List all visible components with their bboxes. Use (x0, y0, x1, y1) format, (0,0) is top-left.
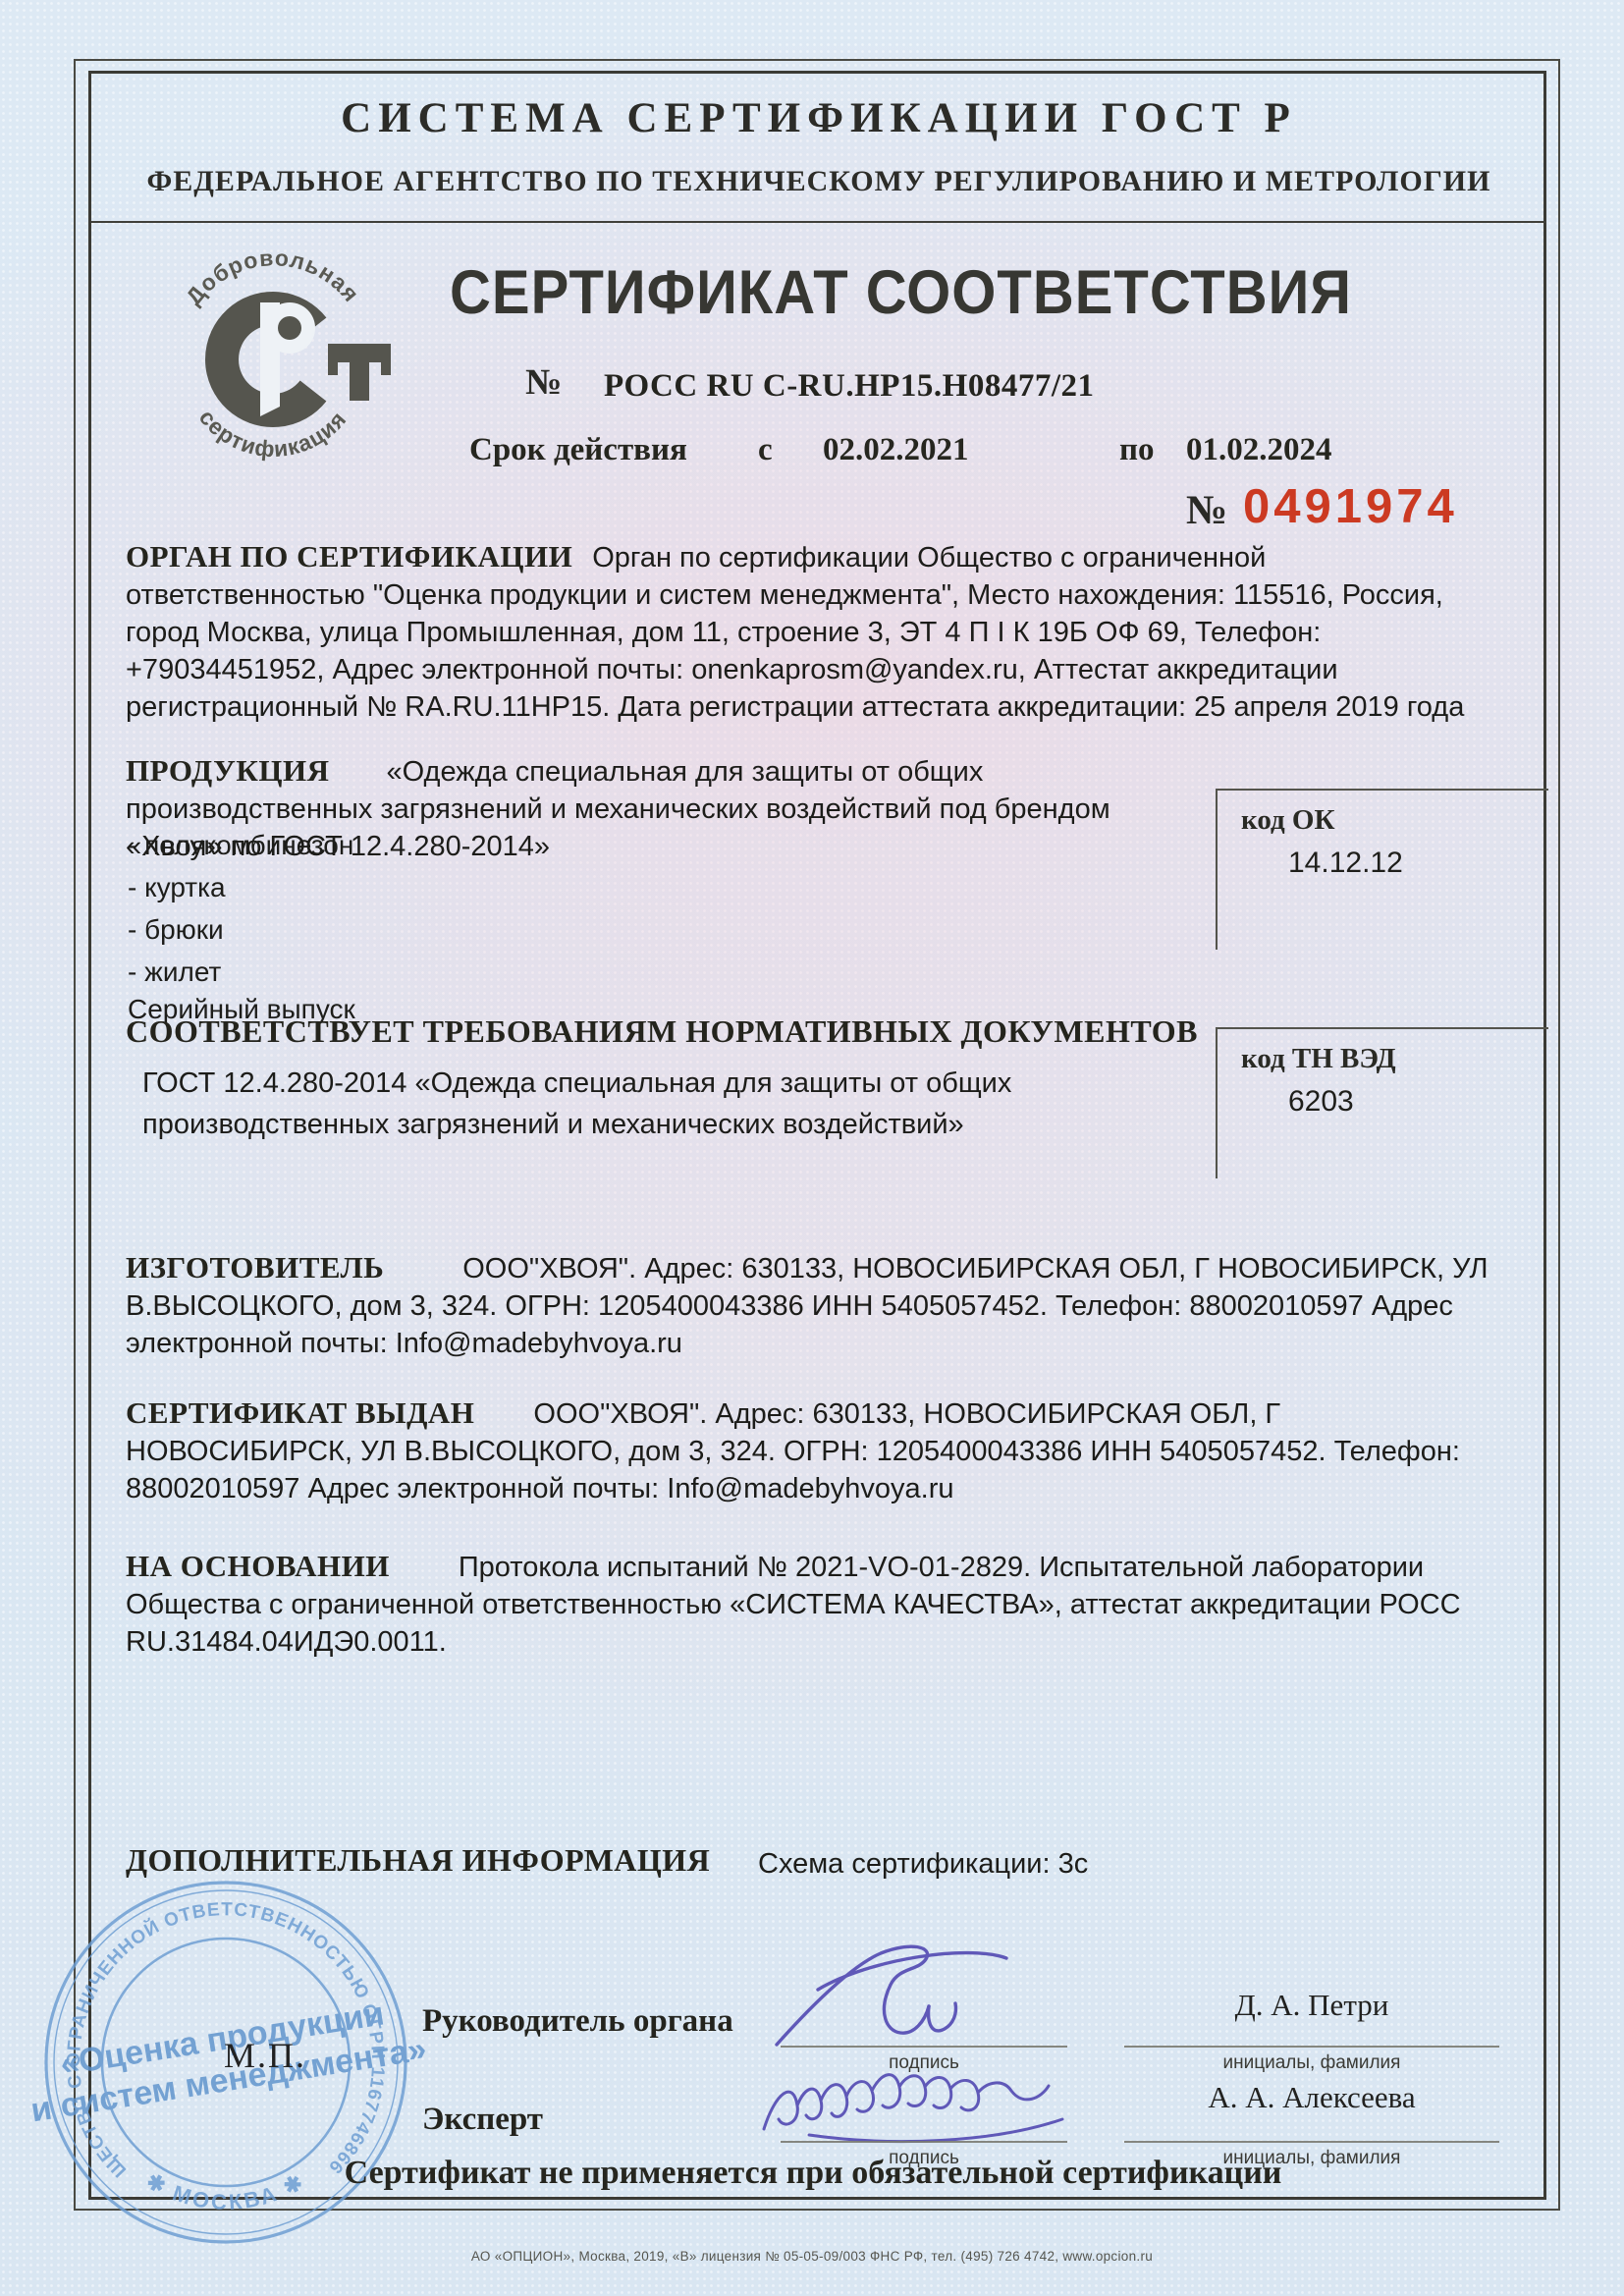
expert-signature (754, 2050, 1108, 2154)
section-issued-to: СЕРТИФИКАТ ВЫДАНООО"ХВОЯ". Адрес: 630133… (126, 1394, 1502, 1507)
expert-name: А. А. Алексеева (1124, 2080, 1499, 2115)
basis-label: НА ОСНОВАНИИ (126, 1549, 390, 1583)
agency-title: ФЕДЕРАЛЬНОЕ АГЕНТСТВО ПО ТЕХНИЧЕСКОМУ РЕ… (91, 165, 1546, 198)
product-item: - жилет (128, 957, 221, 988)
cert-number-label: № (525, 361, 562, 404)
product-label: ПРОДУКЦИЯ (126, 753, 329, 788)
validity-label: Срок действия (469, 432, 687, 468)
additional-text: Схема сертификации: 3с (758, 1848, 1088, 1881)
validity-from-word: с (758, 432, 773, 468)
head-signature (761, 1937, 1085, 2050)
conforms-label: СООТВЕТСТВУЕТ ТРЕБОВАНИЯМ НОРМАТИВНЫХ ДО… (126, 1013, 1198, 1050)
code-ok-label: код ОК (1218, 791, 1548, 837)
certificate-title: СЕРТИФИКАТ СООТВЕТСТВИЯ (450, 257, 1352, 328)
stamp-place-label: М.П. (224, 2035, 306, 2076)
expert-name-line (1124, 2141, 1499, 2143)
expert-signature-icon (754, 2050, 1108, 2154)
certification-body-label: ОРГАН ПО СЕРТИФИКАЦИИ (126, 539, 572, 574)
logo-p-counter (278, 316, 301, 340)
code-tnved-value: 6203 (1218, 1075, 1548, 1119)
code-ok-box: код ОК 14.12.12 (1216, 789, 1548, 950)
code-tnved-label: код ТН ВЭД (1218, 1029, 1548, 1075)
rst-logo-icon: Добровольная сертификация (165, 240, 401, 462)
conforms-text: ГОСТ 12.4.280-2014 «Одежда специальная д… (142, 1063, 1016, 1145)
manufacturer-label: ИЗГОТОВИТЕЛЬ (126, 1250, 384, 1285)
product-item: - куртка (128, 872, 226, 903)
rst-logo: Добровольная сертификация (165, 240, 401, 462)
system-title: СИСТЕМА СЕРТИФИКАЦИИ ГОСТ Р (91, 94, 1546, 142)
validity-from-date: 02.02.2021 (823, 432, 969, 468)
cert-number-value: РОСС RU C-RU.НР15.Н08477/21 (604, 368, 1095, 405)
head-signature-icon (761, 1937, 1085, 2050)
certificate-page: СИСТЕМА СЕРТИФИКАЦИИ ГОСТ Р ФЕДЕРАЛЬНОЕ … (0, 0, 1624, 2296)
header-separator (91, 221, 1546, 223)
head-name-caption: инициалы, фамилия (1124, 2052, 1499, 2074)
validity-to-word: по (1119, 432, 1155, 468)
section-certification-body: ОРГАН ПО СЕРТИФИКАЦИИОрган по сертификац… (126, 538, 1502, 726)
head-name: Д. А. Петри (1124, 1988, 1499, 2023)
footnote: Сертификат не применяется при обязательн… (126, 2155, 1500, 2192)
print-footer: АО «ОПЦИОН», Москва, 2019, «В» лицензия … (0, 2249, 1624, 2264)
product-item: - брюки (128, 914, 224, 946)
blank-number-value: 0491974 (1243, 479, 1458, 534)
validity-to-date: 01.02.2024 (1186, 432, 1332, 468)
code-ok-value: 14.12.12 (1218, 837, 1548, 880)
section-manufacturer: ИЗГОТОВИТЕЛЬООО"ХВОЯ". Адрес: 630133, НО… (126, 1249, 1502, 1362)
code-tnved-box: код ТН ВЭД 6203 (1216, 1027, 1548, 1178)
expert-signature-line (781, 2141, 1067, 2143)
product-item: - полукомбинезон (128, 830, 353, 861)
logo-t-letter (328, 344, 391, 401)
section-basis: НА ОСНОВАНИИПротокола испытаний № 2021-V… (126, 1548, 1502, 1661)
blank-number-sign: № (1186, 487, 1227, 534)
head-name-line (1124, 2046, 1499, 2048)
issued-to-label: СЕРТИФИКАТ ВЫДАН (126, 1395, 474, 1430)
expert-role-label: Эксперт (422, 2102, 543, 2138)
head-role-label: Руководитель органа (422, 2003, 733, 2040)
head-signature-line (781, 2046, 1067, 2048)
